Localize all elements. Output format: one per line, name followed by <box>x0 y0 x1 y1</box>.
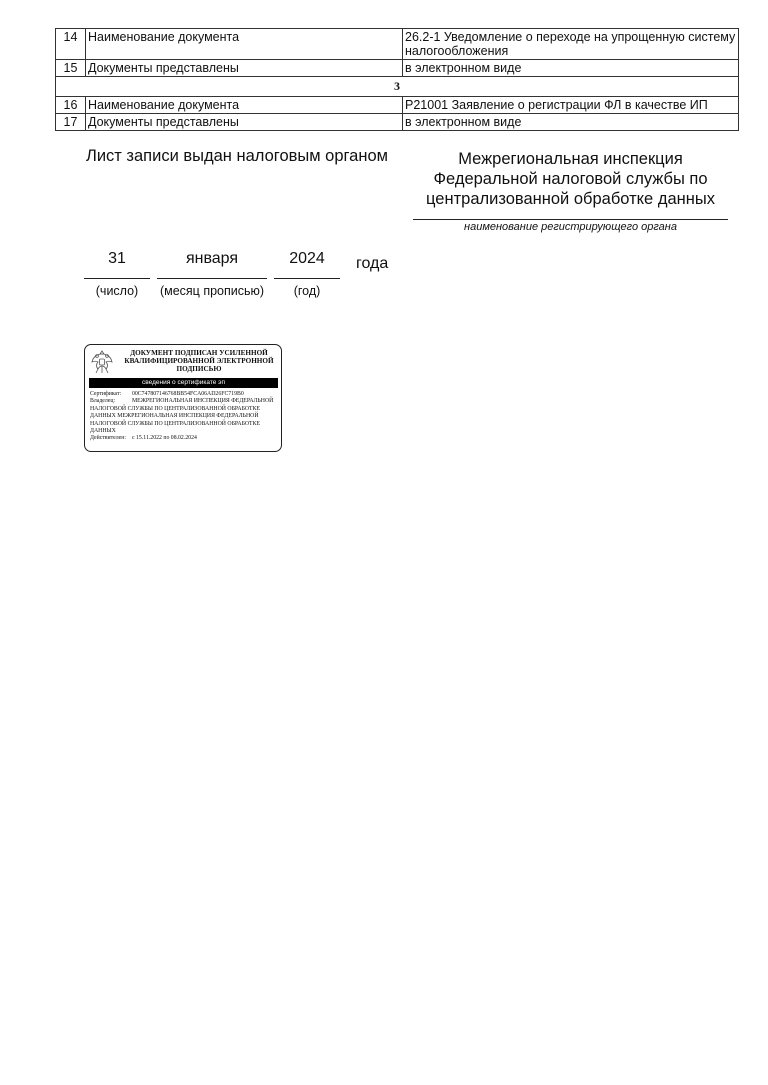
row-number: 16 <box>56 97 86 114</box>
certificate-value: 00C747807146768BB54FCA06AD26FC719B0 <box>132 391 244 397</box>
row-label: Документы представлены <box>86 60 403 77</box>
owner-line: Владелец:МЕЖРЕГИОНАЛЬНАЯ ИНСПЕКЦИЯ ФЕДЕР… <box>90 398 278 435</box>
row-number: 17 <box>56 114 86 131</box>
owner-label: Владелец: <box>90 398 132 405</box>
certificate-details: Сертификат:00C747807146768BB54FCA06AD26F… <box>90 391 278 443</box>
row-value: в электронном виде <box>403 60 739 77</box>
month-underline <box>157 278 267 279</box>
registering-organ-name: Межрегиональная инспекция Федеральной на… <box>413 149 728 209</box>
row-value: Р21001 Заявление о регистрации ФЛ в каче… <box>403 97 739 114</box>
row-label: Наименование документа <box>86 29 403 60</box>
day-underline <box>84 278 150 279</box>
validity-line: Действителен:с 15.11.2022 по 08.02.2024 <box>90 435 278 442</box>
certificate-label: Сертификат: <box>90 391 132 398</box>
documents-table: 14 Наименование документа 26.2-1 Уведомл… <box>55 28 739 131</box>
date-month: января <box>157 250 267 268</box>
date-suffix: года <box>356 255 388 273</box>
russian-coat-of-arms-icon <box>89 348 115 376</box>
date-year: 2024 <box>274 250 340 268</box>
section-row: 3 <box>56 77 739 97</box>
year-underline <box>274 278 340 279</box>
table-row: 16 Наименование документа Р21001 Заявлен… <box>56 97 739 114</box>
organ-underline <box>413 219 728 220</box>
stamp-title: ДОКУМЕНТ ПОДПИСАН УСИЛЕННОЙ КВАЛИФИЦИРОВ… <box>119 349 279 373</box>
organ-caption: наименование регистрирующего органа <box>413 221 728 233</box>
issued-by-label: Лист записи выдан налоговым органом <box>86 147 388 166</box>
year-caption: (год) <box>274 284 340 298</box>
date-day: 31 <box>84 250 150 268</box>
row-value: 26.2-1 Уведомление о переходе на упрощен… <box>403 29 739 60</box>
table-row: 15 Документы представлены в электронном … <box>56 60 739 77</box>
table-row: 14 Наименование документа 26.2-1 Уведомл… <box>56 29 739 60</box>
row-number: 15 <box>56 60 86 77</box>
row-number: 14 <box>56 29 86 60</box>
certificate-info-bar: сведения о сертификате эп <box>89 378 278 388</box>
validity-label: Действителен: <box>90 435 132 442</box>
electronic-signature-stamp: ДОКУМЕНТ ПОДПИСАН УСИЛЕННОЙ КВАЛИФИЦИРОВ… <box>84 344 282 452</box>
row-value: в электронном виде <box>403 114 739 131</box>
day-caption: (число) <box>84 284 150 298</box>
row-label: Наименование документа <box>86 97 403 114</box>
row-label: Документы представлены <box>86 114 403 131</box>
validity-value: с 15.11.2022 по 08.02.2024 <box>132 435 197 441</box>
table-row: 17 Документы представлены в электронном … <box>56 114 739 131</box>
month-caption: (месяц прописью) <box>152 284 272 298</box>
section-number: 3 <box>56 77 739 97</box>
